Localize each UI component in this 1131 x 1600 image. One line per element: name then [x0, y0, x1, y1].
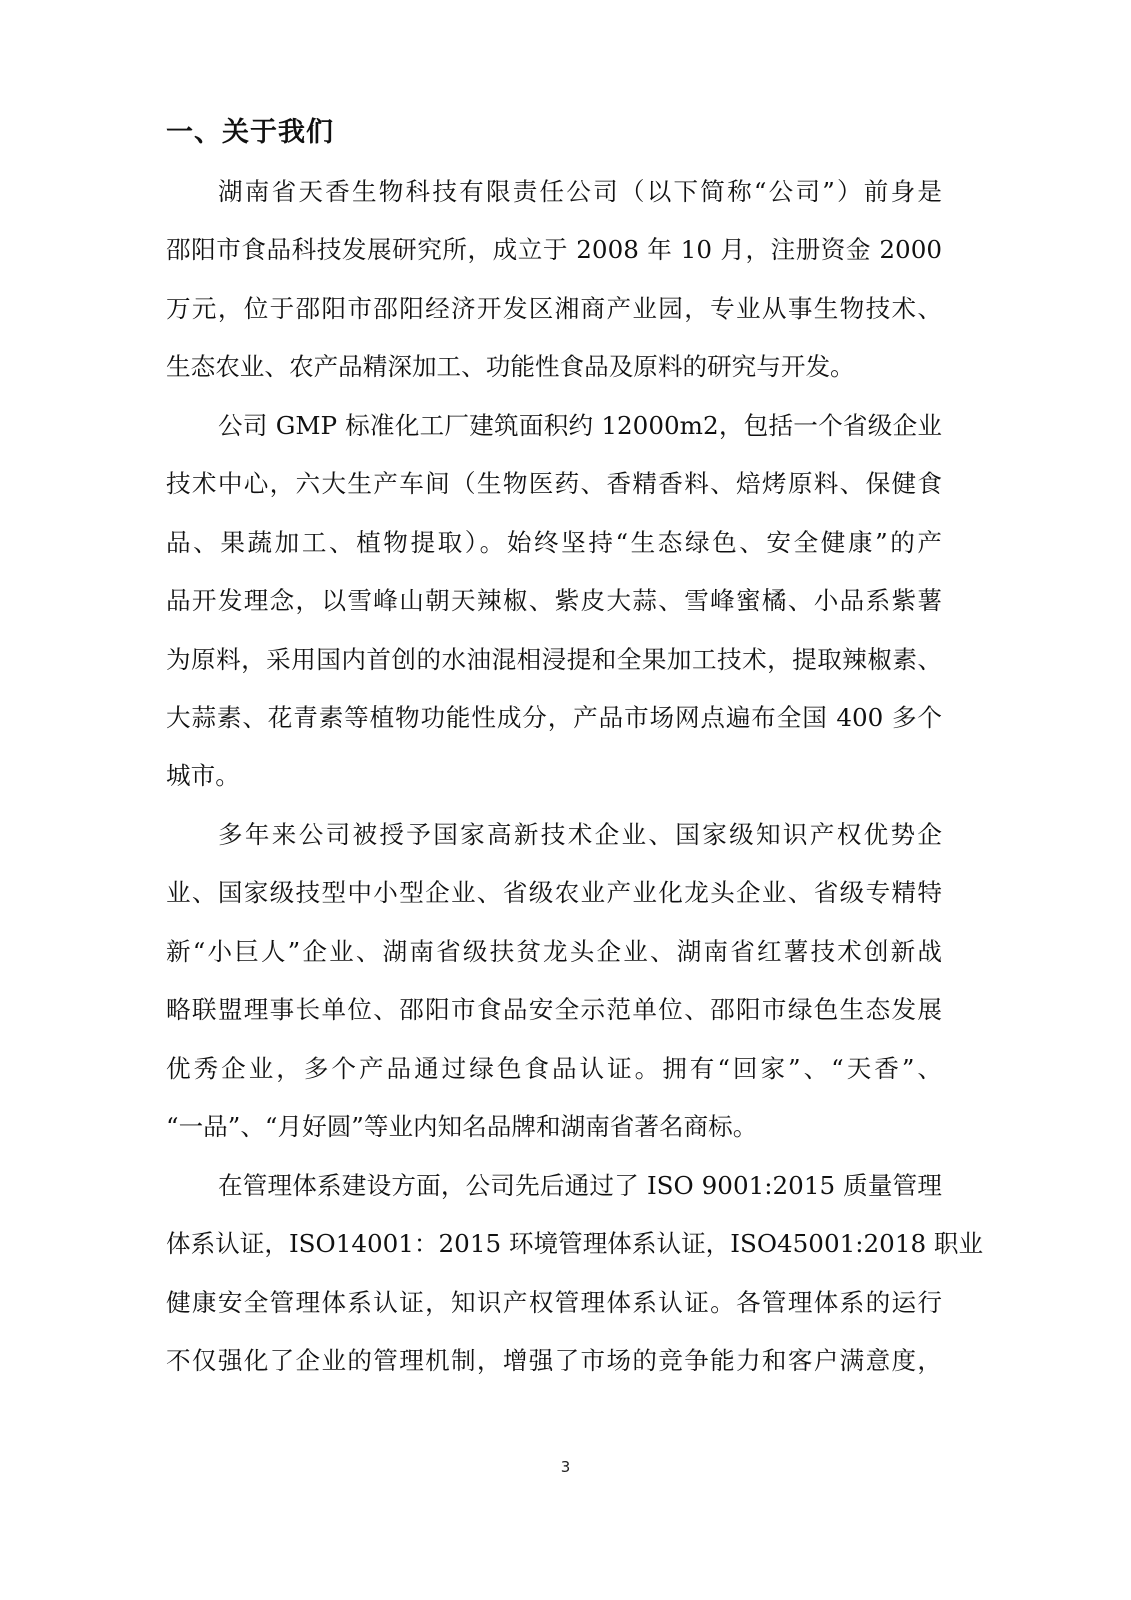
- text-line: 多年来公司被授予国家高新技术企业、国家级知识产权优势企: [218, 817, 942, 853]
- text-line: 品开发理念，以雪峰山朝天辣椒、紫皮大蒜、雪峰蜜橘、小品系紫薯: [166, 583, 942, 619]
- text-line: 在管理体系建设方面，公司先后通过了 ISO 9001:2015 质量管理: [218, 1168, 942, 1204]
- text-line: 城市。: [166, 758, 942, 794]
- text-line: 新“小巨人”企业、湖南省级扶贫龙头企业、湖南省红薯技术创新战: [166, 934, 942, 970]
- text-line: 品、果蔬加工、植物提取）。始终坚持“生态绿色、安全健康”的产: [166, 525, 942, 561]
- text-line: 略联盟理事长单位、邵阳市食品安全示范单位、邵阳市绿色生态发展: [166, 992, 942, 1028]
- text-line: 不仅强化了企业的管理机制，增强了市场的竞争能力和客户满意度，: [166, 1343, 942, 1379]
- text-line: 邵阳市食品科技发展研究所，成立于 2008 年 10 月，注册资金 2000: [166, 232, 942, 268]
- text-line: “一品”、“月好圆”等业内知名品牌和湖南省著名商标。: [166, 1109, 942, 1145]
- text-line: 技术中心，六大生产车间（生物医药、香精香料、焙烤原料、保健食: [166, 466, 942, 502]
- text-line: 健康安全管理体系认证，知识产权管理体系认证。各管理体系的运行: [166, 1285, 942, 1321]
- text-line: 万元，位于邵阳市邵阳经济开发区湘商产业园，专业从事生物技术、: [166, 291, 942, 327]
- text-line: 业、国家级技型中小型企业、省级农业产业化龙头企业、省级专精特: [166, 875, 942, 911]
- text-line: 生态农业、农产品精深加工、功能性食品及原料的研究与开发。: [166, 349, 942, 385]
- text-line: 体系认证，ISO14001：2015 环境管理体系认证，ISO45001:201…: [166, 1226, 942, 1262]
- page-number: 3: [0, 1458, 1131, 1476]
- text-line: 大蒜素、花青素等植物功能性成分，产品市场网点遍布全国 400 多个: [166, 700, 942, 736]
- text-line: 湖南省天香生物科技有限责任公司（以下简称“公司”）前身是: [218, 174, 942, 210]
- document-page: 一、关于我们 湖南省天香生物科技有限责任公司（以下简称“公司”）前身是 邵阳市食…: [0, 0, 1131, 1600]
- text-line: 为原料，采用国内首创的水油混相浸提和全果加工技术，提取辣椒素、: [166, 642, 942, 678]
- section-title: 一、关于我们: [166, 113, 334, 153]
- text-line: 公司 GMP 标准化工厂建筑面积约 12000m2，包括一个省级企业: [218, 408, 942, 444]
- text-line: 优秀企业，多个产品通过绿色食品认证。拥有“回家”、“天香”、: [166, 1051, 942, 1087]
